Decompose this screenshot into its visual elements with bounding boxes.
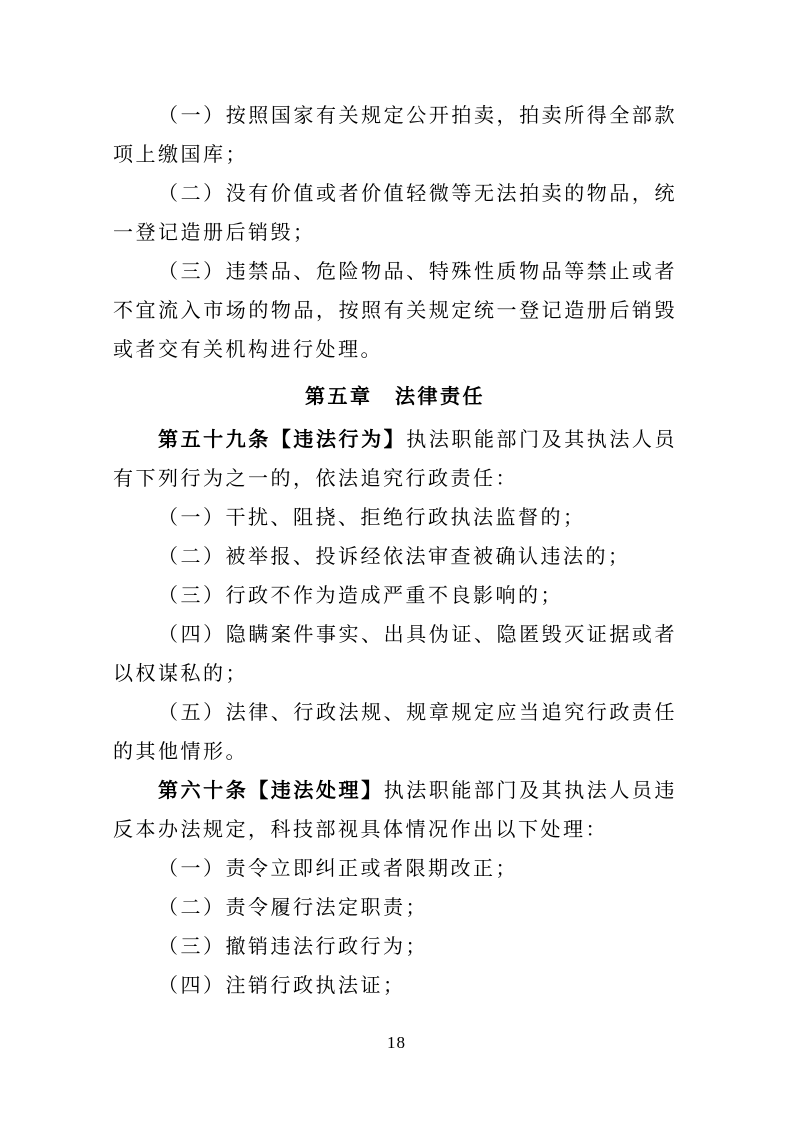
- clause-item: （二）被举报、投诉经依法审查被确认违法的；: [113, 538, 677, 577]
- clause-text: （一）责令立即纠正或者限期改正；: [158, 858, 518, 880]
- clause-text: （一）干扰、阻挠、拒绝行政执法监督的；: [158, 507, 586, 529]
- article-60-title: 第六十条【违法处理】: [158, 780, 384, 802]
- clause-text: （五）法律、行政法规、规章规定应当追究行政责任的其他情形。: [113, 702, 677, 763]
- clause-text: （一）按照国家有关规定公开拍卖，拍卖所得全部款项上缴国库；: [113, 105, 677, 166]
- article-60: 第六十条【违法处理】执法职能部门及其执法人员违反本办法规定，科技部视具体情况作出…: [113, 772, 677, 850]
- clause-item: （二）责令履行法定职责；: [113, 889, 677, 928]
- clause-item: （五）法律、行政法规、规章规定应当追究行政责任的其他情形。: [113, 694, 677, 772]
- chapter-heading-text: 第五章 法律责任: [305, 386, 485, 408]
- clause-text: （二）没有价值或者价值轻微等无法拍卖的物品，统一登记造册后销毁；: [113, 183, 677, 244]
- clause-item: （三）撤销违法行政行为；: [113, 928, 677, 967]
- clause-text: （三）违禁品、危险物品、特殊性质物品等禁止或者不宜流入市场的物品，按照有关规定统…: [113, 261, 677, 361]
- clause-item: （一）责令立即纠正或者限期改正；: [113, 850, 677, 889]
- clause-text: （三）撤销违法行政行为；: [158, 936, 428, 958]
- clause-item: （四）隐瞒案件事实、出具伪证、隐匿毁灭证据或者以权谋私的；: [113, 616, 677, 694]
- clause-item: （四）注销行政执法证；: [113, 967, 677, 1006]
- clause-text: （二）责令履行法定职责；: [158, 897, 428, 919]
- clause-item: （一）按照国家有关规定公开拍卖，拍卖所得全部款项上缴国库；: [113, 97, 677, 175]
- clause-text: （三）行政不作为造成严重不良影响的；: [158, 585, 563, 607]
- clause-item: （三）行政不作为造成严重不良影响的；: [113, 577, 677, 616]
- article-59-title: 第五十九条【违法行为】: [158, 429, 406, 451]
- clause-item: （三）违禁品、危险物品、特殊性质物品等禁止或者不宜流入市场的物品，按照有关规定统…: [113, 253, 677, 370]
- clause-item: （一）干扰、阻挠、拒绝行政执法监督的；: [113, 499, 677, 538]
- clause-item: （二）没有价值或者价值轻微等无法拍卖的物品，统一登记造册后销毁；: [113, 175, 677, 253]
- clause-text: （四）隐瞒案件事实、出具伪证、隐匿毁灭证据或者以权谋私的；: [113, 624, 677, 685]
- document-body: （一）按照国家有关规定公开拍卖，拍卖所得全部款项上缴国库； （二）没有价值或者价…: [113, 97, 677, 1006]
- page-number: 18: [0, 1033, 793, 1053]
- article-59: 第五十九条【违法行为】执法职能部门及其执法人员有下列行为之一的，依法追究行政责任…: [113, 421, 677, 499]
- chapter-heading: 第五章 法律责任: [113, 378, 677, 417]
- document-page: （一）按照国家有关规定公开拍卖，拍卖所得全部款项上缴国库； （二）没有价值或者价…: [0, 0, 793, 1122]
- clause-text: （二）被举报、投诉经依法审查被确认违法的；: [158, 546, 631, 568]
- clause-text: （四）注销行政执法证；: [158, 975, 406, 997]
